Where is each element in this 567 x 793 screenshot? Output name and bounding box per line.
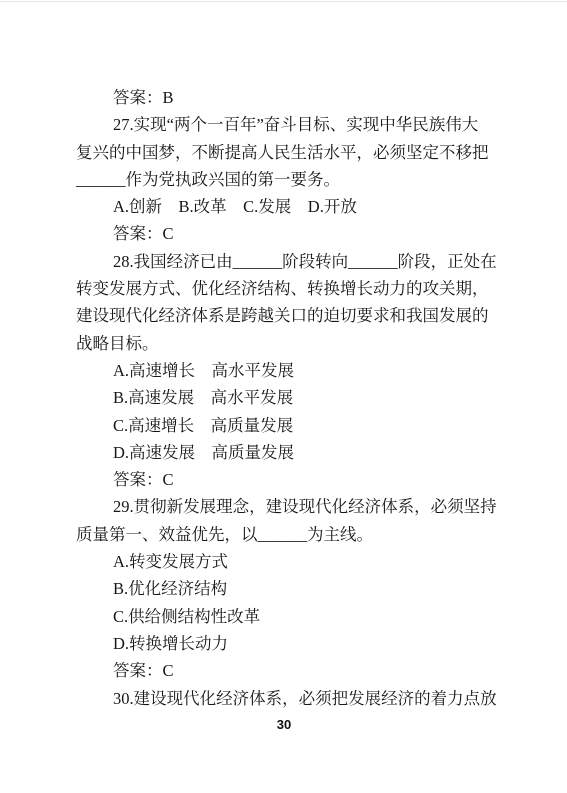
question-29-line-2: 质量第一、效益优先，以______为主线。 (76, 521, 492, 548)
question-28-line-4: 战略目标。 (76, 330, 492, 357)
question-30-line-1: 30.建设现代化经济体系，必须把发展经济的着力点放 (76, 685, 492, 712)
answer-line-q27: 答案：C (76, 220, 492, 247)
answer-line-q29: 答案：C (76, 657, 492, 684)
question-28-option-b: B.高速发展 高水平发展 (76, 384, 492, 411)
document-page: 答案：B 27.实现“两个一百年”奋斗目标、实现中华民族伟大 复兴的中国梦，不断… (0, 0, 567, 793)
question-29-option-c: C.供给侧结构性改革 (76, 603, 492, 630)
question-27-options: A.创新 B.改革 C.发展 D.开放 (76, 193, 492, 220)
question-29-line-1: 29.贯彻新发展理念，建设现代化经济体系，必须坚持 (76, 493, 492, 520)
answer-line-q26: 答案：B (76, 84, 492, 111)
question-28-line-3: 建设现代化经济体系是跨越关口的迫切要求和我国发展的 (76, 302, 492, 329)
question-28-option-a: A.高速增长 高水平发展 (76, 357, 492, 384)
page-body: 答案：B 27.实现“两个一百年”奋斗目标、实现中华民族伟大 复兴的中国梦，不断… (76, 84, 492, 712)
page-top-edge-line (0, 1, 567, 2)
question-28-option-c: C.高速增长 高质量发展 (76, 412, 492, 439)
answer-line-q28: 答案：C (76, 466, 492, 493)
question-29-option-d: D.转换增长动力 (76, 630, 492, 657)
question-28-option-d: D.高速发展 高质量发展 (76, 439, 492, 466)
question-28-line-1: 28.我国经济已由______阶段转向______阶段，正处在 (76, 248, 492, 275)
question-29-option-b: B.优化经济结构 (76, 575, 492, 602)
question-28-line-2: 转变发展方式、优化经济结构、转换增长动力的攻关期， (76, 275, 492, 302)
page-number: 30 (76, 717, 492, 732)
question-29-option-a: A.转变发展方式 (76, 548, 492, 575)
question-27-line-1: 27.实现“两个一百年”奋斗目标、实现中华民族伟大 (76, 111, 492, 138)
question-27-line-2: 复兴的中国梦，不断提高人民生活水平，必须坚定不移把 (76, 139, 492, 166)
question-27-line-3: ______作为党执政兴国的第一要务。 (76, 166, 492, 193)
